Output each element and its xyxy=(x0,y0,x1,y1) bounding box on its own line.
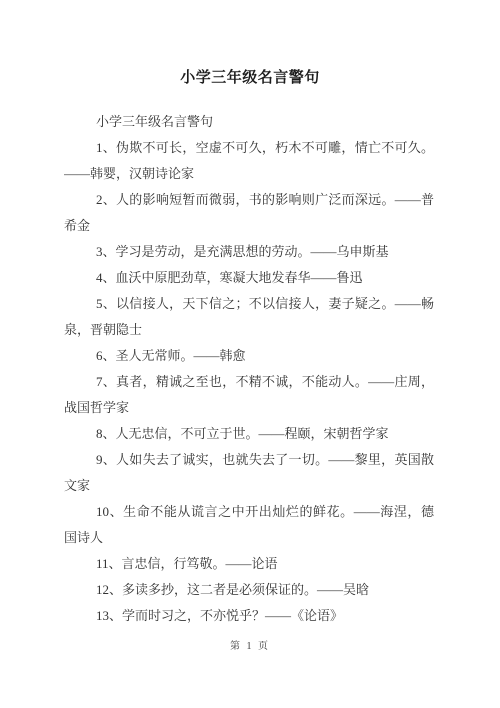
text-line: 3、学习是劳动，是充满思想的劳动。——乌申斯基 xyxy=(64,239,434,265)
text-line: 战国哲学家 xyxy=(64,395,434,421)
text-line: 8、人无忠信，不可立于世。——程颐，宋朝哲学家 xyxy=(64,421,434,447)
text-line: 7、真者，精诚之至也，不精不诚，不能动人。——庄周， xyxy=(64,369,434,395)
text-line: 1、伪欺不可长，空虚不可久，朽木不可雕，情亡不可久。 xyxy=(64,135,434,161)
text-line: ——韩婴，汉朝诗论家 xyxy=(64,161,434,187)
text-line: 4、血沃中原肥劲草，寒凝大地发春华——鲁迅 xyxy=(64,265,434,291)
text-line: 10、生命不能从谎言之中开出灿烂的鲜花。——海涅，德 xyxy=(64,499,434,525)
text-line: 12、多读多抄，这二者是必须保证的。——吴晗 xyxy=(64,577,434,603)
text-line: 11、言忠信，行笃敬。——论语 xyxy=(64,551,434,577)
document-page: 小学三年级名言警句 小学三年级名言警句1、伪欺不可长，空虚不可久，朽木不可雕，情… xyxy=(0,0,500,708)
text-line: 国诗人 xyxy=(64,525,434,551)
text-line: 13、学而时习之，不亦悦乎？——《论语》 xyxy=(64,603,434,629)
document-body: 小学三年级名言警句1、伪欺不可长，空虚不可久，朽木不可雕，情亡不可久。——韩婴，… xyxy=(64,109,434,629)
text-line: 小学三年级名言警句 xyxy=(64,109,434,135)
text-line: 泉，晋朝隐士 xyxy=(64,317,434,343)
text-line: 5、以信接人，天下信之；不以信接人，妻子疑之。——畅 xyxy=(64,291,434,317)
text-line: 希金 xyxy=(64,213,434,239)
text-line: 6、圣人无常师。——韩愈 xyxy=(64,343,434,369)
text-line: 文家 xyxy=(64,473,434,499)
page-title: 小学三年级名言警句 xyxy=(0,64,500,92)
text-line: 9、人如失去了诚实，也就失去了一切。——黎里，英国散 xyxy=(64,447,434,473)
page-number: 第 1 页 xyxy=(0,640,500,654)
text-line: 2、人的影响短暂而微弱，书的影响则广泛而深远。——普 xyxy=(64,187,434,213)
